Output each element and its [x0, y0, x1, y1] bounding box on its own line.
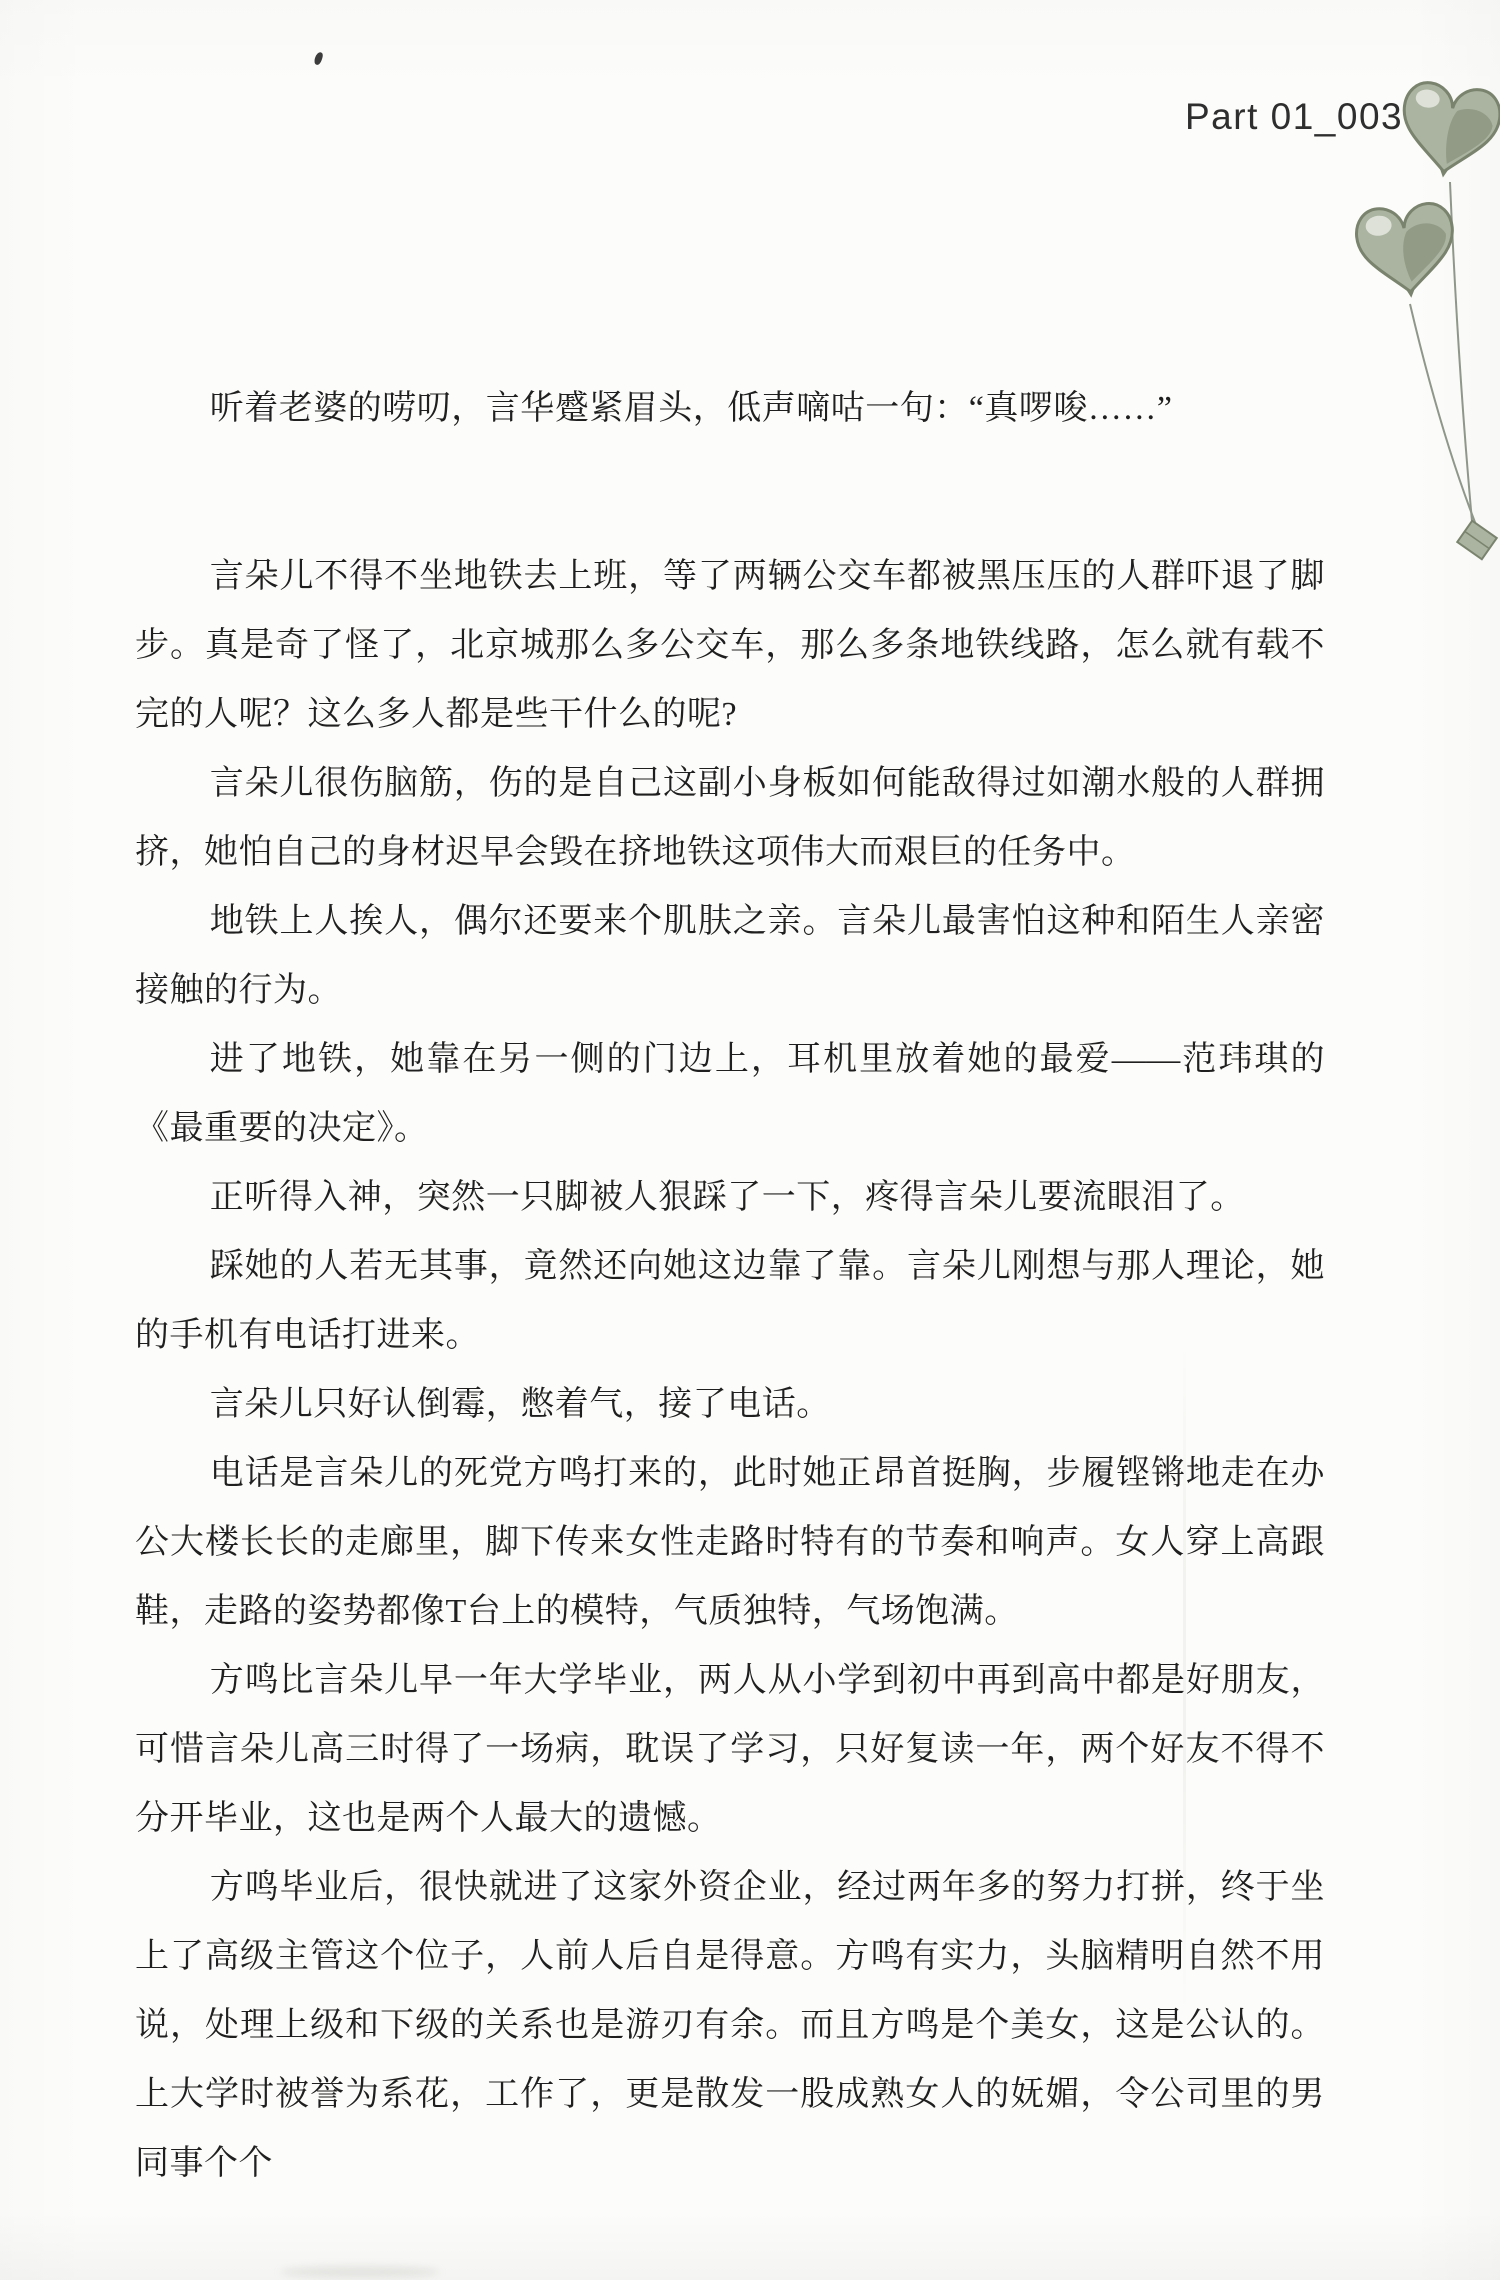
balloon-knot: [1407, 289, 1416, 298]
parcel-tag: [1457, 521, 1496, 560]
scan-smudge: [280, 2266, 440, 2278]
paragraph: 进了地铁，她靠在另一侧的门边上，耳机里放着她的最爱——范玮琪的《最重要的决定》。: [135, 1025, 1325, 1163]
paragraph: 正听得入神，突然一只脚被人狠踩了一下，疼得言朵儿要流眼泪了。: [135, 1163, 1325, 1232]
heart-balloon-bottom: [1354, 201, 1459, 303]
paragraph: 方鸣毕业后，很快就进了这家外资企业，经过两年多的努力打拼，终于坐上了高级主管这个…: [135, 1853, 1325, 2198]
paragraph: 言朵儿不得不坐地铁去上班，等了两辆公交车都被黑压压的人群吓退了脚步。真是奇了怪了…: [135, 542, 1325, 749]
heart-balloons-icon: [1330, 40, 1500, 580]
heart-balloon-top: [1395, 80, 1500, 184]
paragraph: 踩她的人若无其事，竟然还向她这边靠了靠。言朵儿刚想与那人理论，她的手机有电话打进…: [135, 1232, 1325, 1370]
paragraph: 言朵儿只好认倒霉，憋着气，接了电话。: [135, 1370, 1325, 1439]
page-text: 听着老婆的唠叨，言华蹙紧眉头，低声嘀咕一句：“真啰唆……” 言朵儿不得不坐地铁去…: [135, 374, 1325, 2198]
paragraph: 地铁上人挨人，偶尔还要来个肌肤之亲。言朵儿最害怕这种和陌生人亲密接触的行为。: [135, 887, 1325, 1025]
paragraph: 电话是言朵儿的死党方鸣打来的，此时她正昂首挺胸，步履铿锵地走在办公大楼长长的走廊…: [135, 1439, 1325, 1646]
paragraph: 言朵儿很伤脑筋，伤的是自己这副小身板如何能敌得过如潮水般的人群拥挤，她怕自己的身…: [135, 749, 1325, 887]
paragraph: 听着老婆的唠叨，言华蹙紧眉头，低声嘀咕一句：“真啰唆……”: [135, 374, 1325, 443]
paragraph: 方鸣比言朵儿早一年大学毕业，两人从小学到初中再到高中都是好朋友，可惜言朵儿高三时…: [135, 1646, 1325, 1853]
balloon-knot: [1439, 169, 1448, 178]
